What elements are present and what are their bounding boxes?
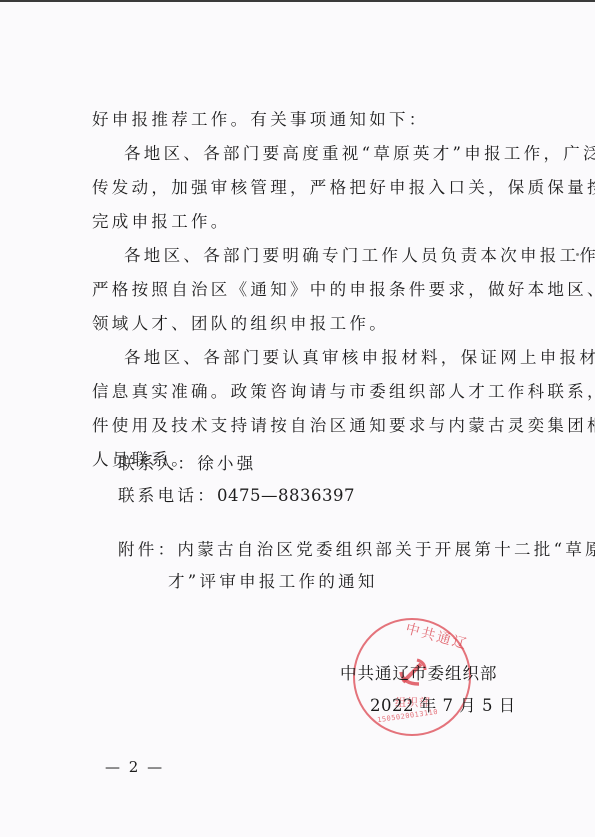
paragraph-line: 信息真实准确。政策咨询请与市委组织部人才工作科联系，软: [92, 382, 595, 402]
paragraph-line: 好申报推荐工作。有关事项通知如下：: [92, 110, 429, 130]
paragraph-line: 领域人才、团队的组织申报工作。: [92, 314, 389, 334]
signing-date: 2022 年 7 月 5 日: [370, 692, 516, 716]
contact-person-name: 徐小强: [197, 454, 256, 473]
attachment-line-2: 才”评审申报工作的通知: [168, 572, 378, 592]
signing-organization: 中共通辽市委组织部: [340, 660, 498, 684]
contact-phone-label: 联系电话：: [118, 486, 217, 505]
attachment-line-1: 附件：内蒙古自治区党委组织部关于开展第十二批“草原英: [118, 540, 595, 560]
paragraph-line: 传发动，加强审核管理，严格把好申报入口关，保质保量按时: [92, 178, 595, 198]
paragraph-line: 完成申报工作。: [92, 212, 231, 232]
scan-speck: [576, 253, 579, 256]
contact-person-label: 联系人：: [118, 454, 197, 473]
paragraph-line: 件使用及技术支持请按自治区通知要求与内蒙古灵奕集团相关: [92, 416, 595, 436]
paragraph-line: 各地区、各部门要高度重视“草原英才”申报工作，广泛宣: [124, 144, 595, 164]
document-page: 好申报推荐工作。有关事项通知如下： 各地区、各部门要高度重视“草原英才”申报工作…: [0, 0, 595, 837]
page-number: — 2 —: [105, 758, 164, 776]
contact-person: 联系人：徐小强: [118, 454, 257, 474]
attachment-title: 内蒙古自治区党委组织部关于开展第十二批“草原英: [177, 540, 595, 559]
contact-phone-number: 0475—8836397: [217, 486, 355, 505]
paragraph-line: 严格按照自治区《通知》中的申报条件要求，做好本地区、本: [92, 280, 595, 300]
contact-phone: 联系电话：0475—8836397: [118, 486, 355, 506]
attachment-label: 附件：: [118, 540, 177, 559]
paragraph-line: 各地区、各部门要认真审核申报材料，保证网上申报材料: [124, 348, 595, 368]
paragraph-line: 各地区、各部门要明确专门工作人员负责本次申报工作，: [124, 246, 595, 266]
scan-speck: [576, 288, 579, 291]
